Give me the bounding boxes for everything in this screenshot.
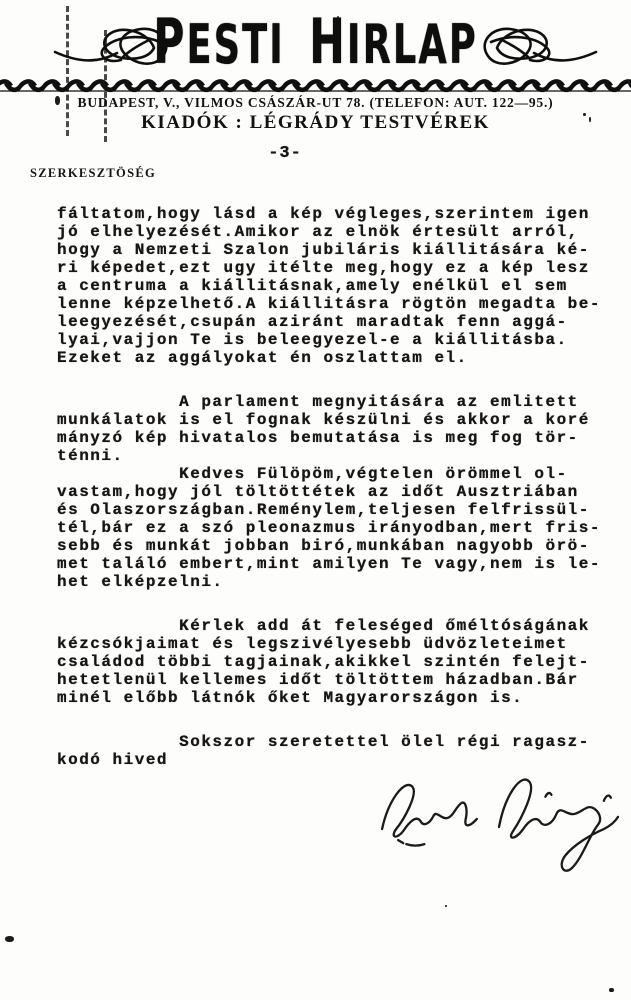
ink-speck	[55, 96, 60, 105]
paragraph-3: Kedves Fülöpöm,végtelen örömmel ol- vast…	[57, 465, 619, 591]
letter-body: fáltatom,hogy lásd a kép végleges,szerin…	[57, 205, 619, 769]
masthead-word: PESTI	[153, 12, 285, 75]
ribbon-flourish-right-icon	[466, 20, 601, 80]
department-label: SZERKESZTÖSÉG	[30, 166, 156, 180]
ink-speck	[609, 988, 614, 992]
ink-speck	[337, 16, 339, 19]
ink-speck	[5, 936, 14, 942]
ink-speck	[583, 113, 586, 116]
braid-divider	[0, 79, 631, 93]
publishers-line: KIADÓK : LÉGRÁDY TESTVÉREK	[0, 112, 631, 134]
address-line: BUDAPEST, V., VILMOS CSÁSZÁR-UT 78. (TEL…	[0, 95, 631, 111]
letter-page: PESTI HIRLAP BUDAPEST, V., VILMOS CSÁSZÁ…	[0, 0, 631, 1000]
paragraph-4: Kérlek add át feleséged őméltóságának ké…	[57, 617, 619, 707]
closing-line: Sokszor szeretettel ölel régi ragasz- ko…	[57, 733, 619, 769]
paragraph-2: A parlament megnyitására az emlitett mun…	[57, 393, 619, 465]
ink-speck	[445, 905, 447, 907]
paragraph-1: fáltatom,hogy lásd a kép végleges,szerin…	[57, 205, 619, 367]
handwritten-signature	[372, 766, 624, 888]
masthead-word: HIRLAP	[309, 12, 478, 75]
page-number: -3-	[0, 145, 570, 163]
ink-speck	[589, 117, 591, 122]
